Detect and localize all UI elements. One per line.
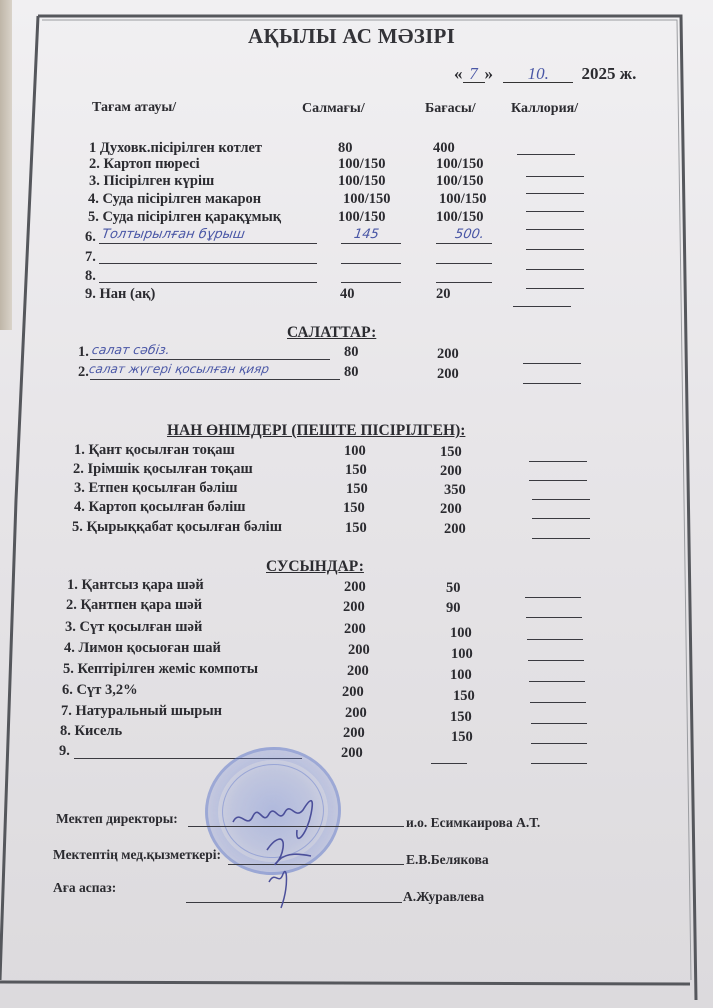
bakery-item-price: 200 [444, 521, 466, 537]
bakery-item-weight: 150 [345, 462, 367, 478]
calorie-blank-line [531, 743, 587, 744]
signature-scribbles [225, 790, 335, 915]
date-month: 10. [503, 66, 573, 83]
date-year: 2025 ж. [582, 64, 637, 83]
bakery-item-weight: 100 [344, 443, 366, 459]
bakery-item-price: 200 [440, 463, 462, 479]
drink-item-weight: 200 [343, 725, 365, 741]
blank-weight-line [341, 243, 401, 244]
calorie-blank-line [523, 383, 581, 384]
menu-item-label: 6. [85, 229, 96, 245]
col-header-calories: Каллория/ [511, 101, 578, 117]
blank-weight-line [341, 282, 401, 283]
calorie-blank-line [526, 229, 584, 230]
salad-name-line [90, 379, 340, 380]
bakery-item-label: 2. Ірімшік қосылған тоқаш [73, 461, 253, 477]
col-header-weight: Салмағы/ [302, 101, 365, 117]
calorie-blank-line [528, 660, 584, 661]
menu-item-label: 7. [85, 249, 96, 265]
salad-item-price: 200 [437, 346, 459, 362]
calorie-blank-line [526, 193, 584, 194]
drink-item-price: 100 [450, 625, 472, 641]
bakery-item-label: 1. Қант қосылған тоқаш [74, 442, 235, 458]
drink-item-price: 100 [451, 646, 473, 662]
menu-item-price: 100/150 [436, 209, 484, 225]
signature-name-chef: А.Журавлева [403, 889, 484, 905]
signature-role-medic: Мектептің мед.қызметкері: [53, 847, 221, 863]
drink-item-weight: 200 [348, 642, 370, 658]
salad-name-line [90, 359, 330, 360]
calorie-blank-line [531, 763, 587, 764]
menu-item-label: 5. Суда пісірілген қарақұмық [88, 209, 281, 225]
calorie-blank-line [526, 211, 584, 212]
bakery-item-price: 350 [444, 482, 466, 498]
section-heading-drinks: СУСЫНДАР: [266, 559, 364, 575]
menu-item-weight: 100/150 [338, 173, 386, 189]
handwritten-salad-name: салат жүгері қосылған қияр [88, 362, 270, 376]
calorie-blank-line [525, 597, 581, 598]
menu-item-price: 20 [436, 286, 451, 302]
menu-item-price: 100/150 [439, 191, 487, 207]
calorie-blank-line [531, 723, 587, 724]
drink-item-weight: 200 [342, 684, 364, 700]
handwritten-item-name: Толтырылған бұрыш [101, 227, 246, 242]
signature-name-medic: Е.В.Белякова [406, 852, 489, 868]
drink-item-weight: 200 [345, 705, 367, 721]
menu-item-label: 8. [85, 268, 96, 284]
menu-item-weight: 100/150 [338, 156, 386, 172]
signature-role-chef: Аға аспаз: [53, 880, 116, 896]
calorie-blank-line [527, 639, 583, 640]
drink-item-weight: 200 [344, 621, 366, 637]
calorie-blank-line [513, 306, 571, 307]
date-line: «7» 10. 2025 ж. [454, 66, 636, 83]
drink-item-price: 150 [453, 688, 475, 704]
signature-role-director: Мектеп директоры: [56, 811, 178, 827]
salad-item-price: 200 [437, 366, 459, 382]
salad-item-weight: 80 [344, 364, 359, 380]
salad-item-label: 2. [78, 364, 89, 380]
drink-item-label: 6. Сүт 3,2% [62, 682, 138, 698]
calorie-blank-line [529, 480, 587, 481]
blank-name-line [99, 282, 317, 283]
drink-item-price: 150 [451, 729, 473, 745]
page-title: АҚЫЛЫ АС МӘЗІРІ [248, 28, 455, 44]
menu-item-weight: 80 [338, 140, 353, 156]
calorie-blank-line [532, 538, 590, 539]
blank-price-line [431, 763, 467, 764]
drink-item-label: 5. Кептірілген жеміс компоты [63, 661, 258, 677]
table-edge [0, 0, 12, 330]
drink-item-weight: 200 [341, 745, 363, 761]
drink-item-price: 100 [450, 667, 472, 683]
col-header-name: Тағам атауы/ [92, 100, 176, 116]
menu-item-weight: 40 [340, 286, 355, 302]
menu-item-weight: 100/150 [343, 191, 391, 207]
calorie-blank-line [529, 681, 585, 682]
calorie-blank-line [526, 269, 584, 270]
drink-item-label: 3. Сүт қосылған шәй [65, 619, 202, 635]
drink-item-price: 150 [450, 709, 472, 725]
calorie-blank-line [526, 617, 582, 618]
menu-item-label: 1 Духовк.пісірілген котлет [89, 140, 262, 156]
drink-item-label: 2. Қантпен қара шәй [66, 597, 202, 613]
blank-name-line [99, 263, 317, 264]
calorie-blank-line [526, 288, 584, 289]
menu-item-label: 9. Нан (ақ) [85, 286, 155, 302]
bakery-item-weight: 150 [345, 520, 367, 536]
blank-price-line [436, 263, 492, 264]
calorie-blank-line [529, 461, 587, 462]
calorie-blank-line [523, 363, 581, 364]
signature-name-director: и.о. Есимкаирова А.Т. [406, 815, 540, 831]
bakery-item-label: 3. Етпен қосылған бәліш [74, 480, 237, 496]
menu-item-label: 2. Картоп пюресі [89, 156, 200, 172]
date-day: 7 [463, 66, 485, 83]
salad-item-label: 1. [78, 344, 89, 360]
handwritten-salad-name: салат сәбіз. [91, 342, 171, 357]
blank-price-line [436, 282, 492, 283]
drink-item-label: 8. Кисель [60, 723, 122, 739]
blank-weight-line [341, 263, 401, 264]
menu-item-price: 400 [433, 140, 455, 156]
blank-price-line [436, 243, 492, 244]
bakery-item-weight: 150 [346, 481, 368, 497]
drink-item-weight: 200 [343, 599, 365, 615]
col-header-price: Бағасы/ [425, 101, 476, 117]
calorie-blank-line [517, 154, 575, 155]
date-open-quote: « [454, 64, 463, 83]
drink-item-price: 90 [446, 600, 461, 616]
calorie-blank-line [526, 249, 584, 250]
bakery-item-price: 200 [440, 501, 462, 517]
drink-item-label: 1. Қантсыз қара шәй [67, 577, 204, 593]
menu-item-label: 4. Суда пісірілген макарон [88, 191, 261, 207]
section-heading-bakery: НАН ӨНІМДЕРІ (ПЕШТЕ ПІСІРІЛГЕН): [167, 423, 465, 439]
drink-item-label: 9. [59, 743, 70, 759]
drink-item-weight: 200 [344, 579, 366, 595]
handwritten-price: 500. [454, 227, 485, 242]
salad-item-weight: 80 [344, 344, 359, 360]
section-heading-salads: САЛАТТАР: [287, 325, 376, 341]
calorie-blank-line [526, 176, 584, 177]
drink-item-weight: 200 [347, 663, 369, 679]
date-close-quote: » [485, 64, 494, 83]
menu-item-price: 100/150 [436, 156, 484, 172]
bakery-item-label: 5. Қырыққабат қосылған бәліш [72, 519, 282, 535]
drink-item-label: 7. Натуральный шырын [61, 703, 222, 719]
menu-item-label: 3. Пісірілген күріш [89, 173, 214, 189]
bakery-item-label: 4. Картоп қосылған бәліш [74, 499, 246, 515]
bakery-item-weight: 150 [343, 500, 365, 516]
menu-item-weight: 100/150 [338, 209, 386, 225]
drink-item-label: 4. Лимон қосыоған шай [64, 640, 221, 656]
drink-item-price: 50 [446, 580, 461, 596]
bakery-item-price: 150 [440, 444, 462, 460]
calorie-blank-line [532, 518, 590, 519]
calorie-blank-line [532, 499, 590, 500]
handwritten-weight: 145 [353, 227, 380, 242]
calorie-blank-line [530, 702, 586, 703]
blank-name-line [99, 243, 317, 244]
menu-item-price: 100/150 [436, 173, 484, 189]
